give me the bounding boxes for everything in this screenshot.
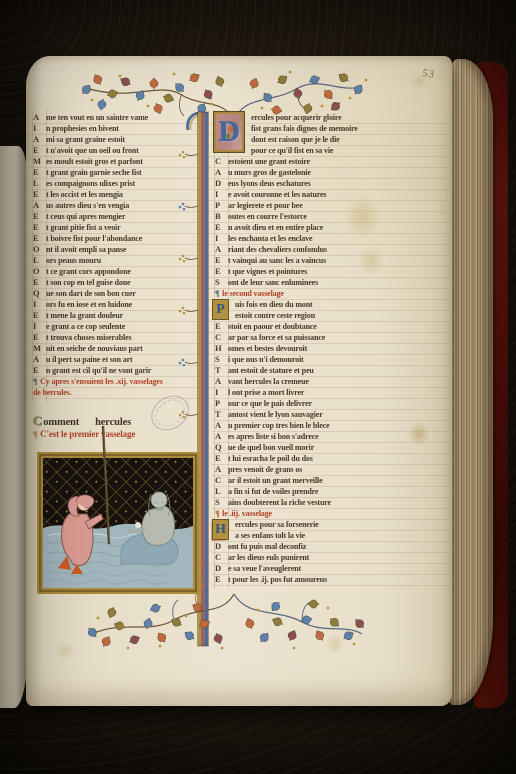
verse-text: riant des chevaliers confondus xyxy=(228,245,327,254)
text-line: Pour ce que le pais delivrer xyxy=(215,398,425,409)
verse-text: t ceus qui apres mengier xyxy=(46,212,125,221)
verse-text: t ce grant cors appondone xyxy=(46,267,131,276)
text-line: Apres venoit de grans os xyxy=(215,464,425,475)
text-line: Cestoient une grant estoire xyxy=(215,156,425,167)
text-line: Ami sa grant graine estoit xyxy=(33,134,209,145)
versal-letter: E xyxy=(33,332,46,343)
verse-text: t son cop en tel guise done xyxy=(46,278,130,287)
versal-letter: E xyxy=(215,255,228,266)
text-line: Dont fu puis mal deconfiz xyxy=(215,541,425,552)
text-line: ercules pour acquerir gloire xyxy=(251,112,425,123)
verse-text: n prophesies en bivent xyxy=(46,124,119,133)
text-line: Au il pert sa paine et son art xyxy=(33,354,209,365)
versal-letter: A xyxy=(33,354,46,365)
versal-letter: I xyxy=(33,321,46,332)
versal-letter: A xyxy=(215,431,228,442)
text-line: Et les occist et les mengia xyxy=(33,189,209,200)
text-line: Et grant grain garnie seche fist xyxy=(33,167,209,178)
verse-text: omes et bestes devouroit xyxy=(228,344,307,353)
ivy-border-bottom xyxy=(62,590,372,654)
heading-word2: hercules xyxy=(95,417,131,428)
text-line: Car par sa force et sa puissance xyxy=(215,332,425,343)
verse-text: u il pert sa paine et son art xyxy=(46,355,133,364)
text-line: Ont il avoit empli sa panse xyxy=(33,244,209,255)
versal-letter: A xyxy=(215,167,228,178)
verse-text: our ce que le pais delivrer xyxy=(228,399,312,408)
text-line: Ariant des chevaliers confondus xyxy=(215,244,425,255)
text-line: Et boivre fist pour l'abondance xyxy=(33,233,209,244)
rubric-line: de hercules. xyxy=(33,387,209,398)
versal-letter: D xyxy=(215,563,228,574)
verse-text: t les occist et les mengia xyxy=(46,190,123,199)
verse-text: i que nus n'i demouroit xyxy=(228,355,304,364)
versal-letter: L xyxy=(33,178,46,189)
text-line: In prophesies en bivent xyxy=(33,123,209,134)
verse-lines: ercules pour acquerir gloirefist grans f… xyxy=(215,112,425,156)
versal-letter: C xyxy=(215,552,228,563)
verse-text: t mene la grant douleur xyxy=(46,311,123,320)
verse-text: vant hercules la cremeue xyxy=(228,377,309,386)
versal-letter: O xyxy=(33,266,46,277)
verse-text: pres venoit de grans os xyxy=(228,465,302,474)
text-line: Ie grant a ce cop seulente xyxy=(33,321,209,332)
versal-letter: A xyxy=(33,200,46,211)
heading-text: omment xyxy=(43,417,79,428)
verse-text: ar les dieus euls punirent xyxy=(228,553,309,562)
verse-text: ains doubterent la riche vesture xyxy=(228,498,331,507)
text-line: Aus autres dieu s'en vengia xyxy=(33,200,209,211)
verse-text: t vainqui au sanc les a vaincus xyxy=(228,256,326,265)
text-line: En grant est cil qu'il ne vont garir xyxy=(33,365,209,376)
text-line: Et grant pitie fist a veoir xyxy=(33,222,209,233)
verse-text: t n'avoit que un oeil ou front xyxy=(46,146,139,155)
versal-letter: P xyxy=(215,200,228,211)
rubric-line: ¶le .iij. vasselage xyxy=(215,508,425,519)
versal-letter: E xyxy=(33,365,46,376)
text-line: Et vainqui au sanc les a vaincus xyxy=(215,255,425,266)
versal-letter: I xyxy=(215,189,228,200)
versal-letter: A xyxy=(33,134,46,145)
versal-letter: A xyxy=(215,376,228,387)
versal-letter: A xyxy=(215,464,228,475)
verse-text: es moult estoit gros et parfont xyxy=(46,157,143,166)
text-line: Et pour les .ij. pos fut amoureus xyxy=(215,574,425,585)
verse-text: u murs gros de gastelonie xyxy=(228,168,311,177)
text-line: Et ceus qui apres mengier xyxy=(33,211,209,222)
versal-letter: S xyxy=(215,497,228,508)
verse-lines: Dont fu puis mal deconfizCar les dieus e… xyxy=(215,541,425,585)
verse-lines: Ame ten vout en un saintre vameIn prophe… xyxy=(33,112,209,376)
verse-text: t que vignes et pointures xyxy=(228,267,307,276)
text-line: Boutes en courre l'estorce xyxy=(215,211,425,222)
text-column-right: D ercules pour acquerir gloirefist grans… xyxy=(215,112,425,585)
verse-text: ors fu en iose et en luidone xyxy=(46,300,132,309)
text-line: Mes moult estoit gros et parfont xyxy=(33,156,209,167)
verse-lines: Cestoient une grant estoireAu murs gros … xyxy=(215,156,425,288)
versal-letter: E xyxy=(33,277,46,288)
rubric-line: ¶Cy apres s'ensuient les .xij. vasselage… xyxy=(33,376,209,387)
text-line: Et trouva choses miserables xyxy=(33,332,209,343)
versal-letter: E xyxy=(215,574,228,585)
text-line: Ame ten vout en un saintre vame xyxy=(33,112,209,123)
paraph-icon: ¶ xyxy=(215,509,219,518)
verse-text: es compaignons ulixes prist xyxy=(46,179,135,188)
third-paragraph: H ercules pour sa forseneriea ses enfans… xyxy=(215,519,425,541)
text-line: dont est raison que je le die xyxy=(251,134,425,145)
rubric-text: le second vasselage xyxy=(222,289,284,298)
text-line: estoit contre ceste region xyxy=(235,310,425,321)
text-line: Sont de leur sanc enluminees xyxy=(215,277,425,288)
versal-letter: I xyxy=(33,299,46,310)
verse-text: ant estoit de stature et peu xyxy=(228,366,314,375)
versal-letter: E xyxy=(215,222,228,233)
text-line: La fin si fut de voiles prendre xyxy=(215,486,425,497)
text-line: Aes apres liste si bon s'adrece xyxy=(215,431,425,442)
verse-text: stoit en paour et doubtance xyxy=(228,322,317,331)
versal-letter: L xyxy=(215,486,228,497)
text-line: uis fois en dieu du mont xyxy=(235,299,425,310)
versal-letter: E xyxy=(215,453,228,464)
rubric-line: ¶le second vasselage xyxy=(215,288,425,299)
versal-letter: E xyxy=(33,211,46,222)
verse-text: mi sa grant graine estoit xyxy=(46,135,125,144)
verse-text: n grant est cil qu'il ne vont garir xyxy=(46,366,151,375)
verse-text: t lui esracha le poil du dos xyxy=(228,454,313,463)
verse-text: e grant a ce cop seulente xyxy=(46,322,125,331)
verse-text: me ten vout en un saintre vame xyxy=(46,113,148,122)
text-line: De sa veue l'aveuglerent xyxy=(215,563,425,574)
text-line: Et n'avoit que un oeil ou front xyxy=(33,145,209,156)
champ-initial: P xyxy=(212,299,229,320)
versal-letter: E xyxy=(33,233,46,244)
versal-letter: I xyxy=(215,387,228,398)
verse-text: t grant pitie fist a veoir xyxy=(46,223,121,232)
versal-letter: O xyxy=(33,244,46,255)
text-line: Iors fu en iose et en luidone xyxy=(33,299,209,310)
text-line: fist grans fais dignes de memoire xyxy=(251,123,425,134)
versal-letter: C xyxy=(215,332,228,343)
verse-text: l ont prise a mort livrer xyxy=(228,388,304,397)
manuscript-page: 53 xyxy=(26,56,452,706)
verse-text: ue son dart de son bon cuer xyxy=(46,289,136,298)
versal-letter: L xyxy=(33,255,46,266)
text-line: Sains doubterent la riche vesture xyxy=(215,497,425,508)
verse-text: us autres dieu s'en vengia xyxy=(46,201,129,210)
text-line: Que son dart de son bon cuer xyxy=(33,288,209,299)
versal-letter: B xyxy=(215,211,228,222)
versal-letter: M xyxy=(33,156,46,167)
verse-lines: Estoit en paour et doubtanceCar par sa f… xyxy=(215,321,425,508)
verse-text: a fin si fut de voiles prendre xyxy=(228,487,318,496)
versal-letter: E xyxy=(215,266,228,277)
verse-text: t boivre fist pour l'abondance xyxy=(46,234,142,243)
versal-letter: A xyxy=(33,112,46,123)
text-line: Si que nus n'i demouroit xyxy=(215,354,425,365)
text-line: Et mene la grant douleur xyxy=(33,310,209,321)
folio-number: 53 xyxy=(421,67,435,80)
versal-letter: M xyxy=(33,343,46,354)
text-line: Et lui esracha le poil du dos xyxy=(215,453,425,464)
versal-letter: C xyxy=(215,156,228,167)
versal-letter: D xyxy=(215,178,228,189)
verse-text: outes en courre l'estorce xyxy=(228,212,307,221)
paraph-icon: ¶ xyxy=(33,377,37,386)
text-line: Iles enchanta et les enclave xyxy=(215,233,425,244)
verse-text: ar legierete et pour bee xyxy=(228,201,303,210)
verse-text: e avoit couronne et les natures xyxy=(228,190,326,199)
versal-letter: I xyxy=(215,233,228,244)
versal-letter: E xyxy=(33,167,46,178)
versal-letter: S xyxy=(215,354,228,365)
text-line: Estoit en paour et doubtance xyxy=(215,321,425,332)
verse-text: u premier cop tres bien le blece xyxy=(228,421,329,430)
champ-initial: H xyxy=(212,519,229,540)
versal-letter: D xyxy=(215,541,228,552)
versal-letter: S xyxy=(215,277,228,288)
versal-letter: P xyxy=(215,398,228,409)
chapter-heading-rubric: ¶C'est le premier vasselage xyxy=(33,428,209,441)
versal-letter: E xyxy=(33,189,46,200)
versal-letter: E xyxy=(33,222,46,233)
text-line: Lors peaus mouru xyxy=(33,255,209,266)
verse-text: estoient une grant estoire xyxy=(228,157,310,166)
versal-letter: C xyxy=(215,475,228,486)
verse-text: ar il estoit un grant merveille xyxy=(228,476,323,485)
text-line: Car il estoit un grant merveille xyxy=(215,475,425,486)
verse-text: ar par sa force et sa puissance xyxy=(228,333,325,342)
text-line: Que de quel bon vueil morir xyxy=(215,442,425,453)
text-line: a ses enfans tolt la vie xyxy=(235,530,425,541)
text-line: pour ce qu'il fist en sa vie xyxy=(251,145,425,156)
verse-text: n avoit dieu et en entire place xyxy=(228,223,323,232)
text-line: Avant hercules la cremeue xyxy=(215,376,425,387)
versal-letter: Q xyxy=(215,442,228,453)
text-line: Il ont prise a mort livrer xyxy=(215,387,425,398)
verse-text: e sa veue l'aveuglerent xyxy=(228,564,301,573)
text-line: Deus lyons deus eschatures xyxy=(215,178,425,189)
text-line: Ie avoit couronne et les natures xyxy=(215,189,425,200)
text-line: En avoit dieu et en entire place xyxy=(215,222,425,233)
versal-letter: A xyxy=(215,244,228,255)
text-line: Ot ce grant cors appondone xyxy=(33,266,209,277)
versal-letter: E xyxy=(33,310,46,321)
paraph-icon: ¶ xyxy=(215,289,219,298)
text-line: Par legierete et pour bee xyxy=(215,200,425,211)
versal-letter: A xyxy=(215,420,228,431)
verse-text: es apres liste si bon s'adrece xyxy=(228,432,319,441)
versal-letter: E xyxy=(215,321,228,332)
text-line: Au murs gros de gastelonie xyxy=(215,167,425,178)
illuminated-initial-d: D xyxy=(214,112,244,152)
champ-initial-c: C xyxy=(33,413,42,428)
verse-text: eus lyons deus eschatures xyxy=(228,179,311,188)
verse-text: t pour les .ij. pos fut amoureus xyxy=(228,575,327,584)
photograph-background: 53 xyxy=(0,0,516,774)
verse-text: ont de leur sanc enluminees xyxy=(228,278,318,287)
verse-text: antost vient le lyon sauvagier xyxy=(228,410,323,419)
miniature xyxy=(37,452,199,594)
verse-text: uit en seiche de nouviaus part xyxy=(46,344,143,353)
rubric-text: Cy apres s'ensuient les .xij. vasselages xyxy=(40,377,163,386)
verse-lines: ercules pour sa forseneriea ses enfans t… xyxy=(215,519,425,541)
text-line: Tant estoit de stature et peu xyxy=(215,365,425,376)
versal-letter: T xyxy=(215,365,228,376)
rubric-text: le .iij. vasselage xyxy=(222,509,272,518)
text-line: ercules pour sa forsenerie xyxy=(235,519,425,530)
versal-letter: H xyxy=(215,343,228,354)
verse-text: t trouva choses miserables xyxy=(46,333,132,342)
versal-letter: I xyxy=(33,123,46,134)
versal-letter: Q xyxy=(33,288,46,299)
text-line: Au premier cop tres bien le blece xyxy=(215,420,425,431)
versal-letter: T xyxy=(215,409,228,420)
verse-lines: uis fois en dieu du montestoit contre ce… xyxy=(215,299,425,321)
verse-text: ue de quel bon vueil morir xyxy=(228,443,314,452)
versal-letter: E xyxy=(33,145,46,156)
facing-page-sliver xyxy=(0,146,28,708)
opening-paragraph: D ercules pour acquerir gloirefist grans… xyxy=(215,112,425,156)
text-line: Muit en seiche de nouviaus part xyxy=(33,343,209,354)
text-line: Car les dieus euls punirent xyxy=(215,552,425,563)
rubric-text: C'est le premier vasselage xyxy=(40,429,135,439)
rubric-text: de hercules. xyxy=(33,388,72,397)
verse-text: nt il avoit empli sa panse xyxy=(46,245,126,254)
verse-text: ors peaus mouru xyxy=(46,256,101,265)
verse-text: ont fu puis mal deconfiz xyxy=(228,542,306,551)
paraph-icon: ¶ xyxy=(33,430,37,439)
text-line: Et que vignes et pointures xyxy=(215,266,425,277)
verse-text: les enchanta et les enclave xyxy=(228,234,312,243)
text-line: Les compaignons ulixes prist xyxy=(33,178,209,189)
text-line: Homes et bestes devouroit xyxy=(215,343,425,354)
verse-text: t grant grain garnie seche fist xyxy=(46,168,142,177)
text-line: Tantost vient le lyon sauvagier xyxy=(215,409,425,420)
text-column-left: Ame ten vout en un saintre vameIn prophe… xyxy=(33,112,209,441)
second-paragraph: P uis fois en dieu du montestoit contre … xyxy=(215,299,425,321)
text-line: Et son cop en tel guise done xyxy=(33,277,209,288)
